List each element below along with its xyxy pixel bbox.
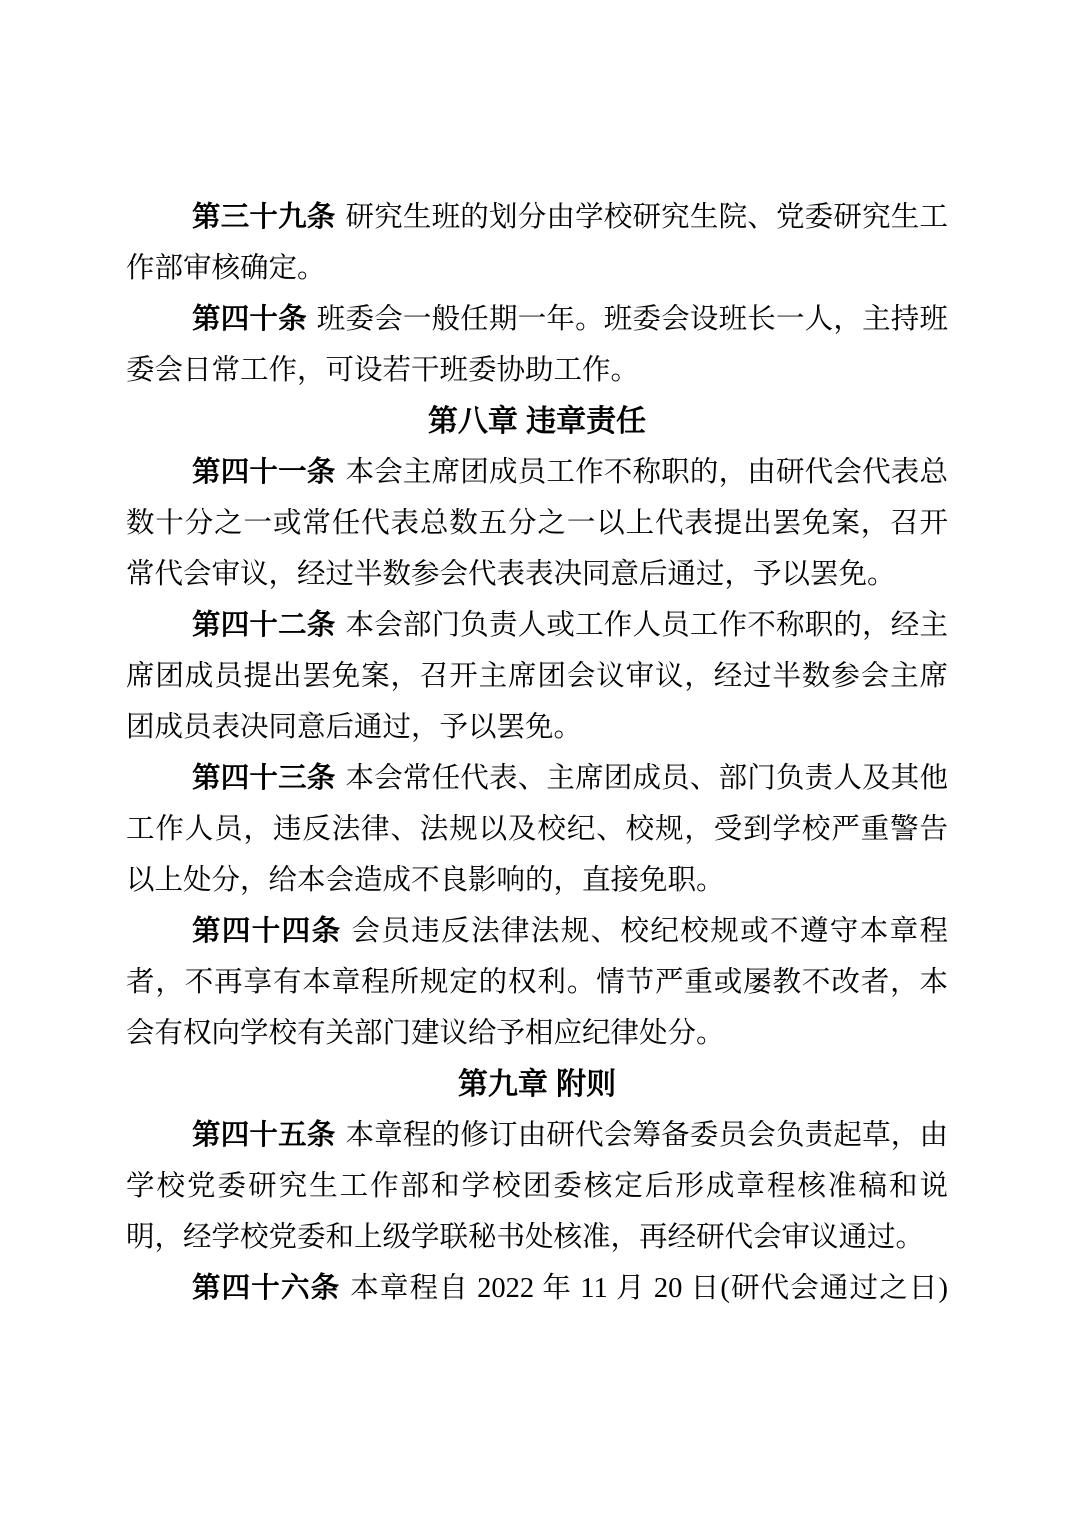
line-text: 班委会一般任期一年。班委会设班长一人，主持班 <box>317 304 948 335</box>
line-text: 团成员表决同意后通过，予以罢免。 <box>126 712 582 743</box>
paragraph-line-article-46: 第四十六条本章程自 2022 年 11 月 20 日(研代会通过之日) <box>126 1263 948 1314</box>
paragraph-line: 团成员表决同意后通过，予以罢免。 <box>126 702 948 753</box>
line-text: 本会常任代表、主席团成员、部门负责人及其他 <box>346 763 948 794</box>
article-44-number: 第四十四条 <box>192 916 341 947</box>
paragraph-line: 工作人员，违反法律、法规以及校纪、校规，受到学校严重警告 <box>126 804 948 855</box>
article-45-number: 第四十五条 <box>192 1120 336 1151</box>
paragraph-line: 作部审核确定。 <box>126 243 948 294</box>
paragraph-line: 学校党委研究生工作部和学校团委核定后形成章程核准稿和说 <box>126 1161 948 1212</box>
article-43-number: 第四十三条 <box>192 763 336 794</box>
paragraph-line-article-40: 第四十条班委会一般任期一年。班委会设班长一人，主持班 <box>126 294 948 345</box>
article-42-number: 第四十二条 <box>192 610 336 641</box>
paragraph-line: 数十分之一或常任代表总数五分之一以上代表提出罢免案，召开 <box>126 498 948 549</box>
line-text: 研究生班的划分由学校研究生院、党委研究生工 <box>346 202 948 233</box>
paragraph-line: 以上处分，给本会造成不良影响的，直接免职。 <box>126 855 948 906</box>
paragraph-line-article-39: 第三十九条研究生班的划分由学校研究生院、党委研究生工 <box>126 192 948 243</box>
paragraph-line: 者，不再享有本章程所规定的权利。情节严重或屡教不改者，本 <box>126 957 948 1008</box>
article-46-number: 第四十六条 <box>192 1273 340 1304</box>
document-body: 第三十九条研究生班的划分由学校研究生院、党委研究生工 作部审核确定。 第四十条班… <box>126 192 948 1314</box>
chapter-9-heading: 第九章 附则 <box>126 1059 948 1110</box>
line-text: 会员违反法律法规、校纪校规或不遵守本章程 <box>351 916 948 947</box>
paragraph-line-article-42: 第四十二条本会部门负责人或工作人员工作不称职的，经主 <box>126 600 948 651</box>
line-text: 席团成员提出罢免案，召开主席团会议审议，经过半数参会主席 <box>126 661 948 692</box>
line-text: 数十分之一或常任代表总数五分之一以上代表提出罢免案，召开 <box>126 508 948 539</box>
line-text: 明，经学校党委和上级学联秘书处核准，再经研代会审议通过。 <box>126 1222 924 1253</box>
paragraph-line-article-44: 第四十四条会员违反法律法规、校纪校规或不遵守本章程 <box>126 906 948 957</box>
paragraph-line: 席团成员提出罢免案，召开主席团会议审议，经过半数参会主席 <box>126 651 948 702</box>
paragraph-line: 明，经学校党委和上级学联秘书处核准，再经研代会审议通过。 <box>126 1212 948 1263</box>
line-text: 本会主席团成员工作不称职的，由研代会代表总 <box>346 457 948 488</box>
article-39-number: 第三十九条 <box>192 202 336 233</box>
line-text: 者，不再享有本章程所规定的权利。情节严重或屡教不改者，本 <box>126 967 948 998</box>
line-text: 会有权向学校有关部门建议给予相应纪律处分。 <box>126 1018 725 1049</box>
document-page: 第三十九条研究生班的划分由学校研究生院、党委研究生工 作部审核确定。 第四十条班… <box>0 0 1074 1520</box>
line-text: 委会日常工作，可设若干班委协助工作。 <box>126 355 639 386</box>
article-40-number: 第四十条 <box>192 304 307 335</box>
paragraph-line: 会有权向学校有关部门建议给予相应纪律处分。 <box>126 1008 948 1059</box>
line-text: 学校党委研究生工作部和学校团委核定后形成章程核准稿和说 <box>126 1171 948 1202</box>
line-text: 作部审核确定。 <box>126 253 326 284</box>
line-text: 本章程的修订由研代会筹备委员会负责起草，由 <box>346 1120 948 1151</box>
line-text: 本会部门负责人或工作人员工作不称职的，经主 <box>346 610 948 641</box>
paragraph-line-article-43: 第四十三条本会常任代表、主席团成员、部门负责人及其他 <box>126 753 948 804</box>
line-text: 以上处分，给本会造成不良影响的，直接免职。 <box>126 865 725 896</box>
paragraph-line: 常代会审议，经过半数参会代表表决同意后通过，予以罢免。 <box>126 549 948 600</box>
article-41-number: 第四十一条 <box>192 457 336 488</box>
line-text: 工作人员，违反法律、法规以及校纪、校规，受到学校严重警告 <box>126 814 948 845</box>
paragraph-line: 委会日常工作，可设若干班委协助工作。 <box>126 345 948 396</box>
paragraph-line-article-45: 第四十五条本章程的修订由研代会筹备委员会负责起草，由 <box>126 1110 948 1161</box>
line-text: 常代会审议，经过半数参会代表表决同意后通过，予以罢免。 <box>126 559 896 590</box>
line-text: 本章程自 2022 年 11 月 20 日(研代会通过之日) <box>350 1273 948 1304</box>
chapter-8-heading: 第八章 违章责任 <box>126 396 948 447</box>
paragraph-line-article-41: 第四十一条本会主席团成员工作不称职的，由研代会代表总 <box>126 447 948 498</box>
